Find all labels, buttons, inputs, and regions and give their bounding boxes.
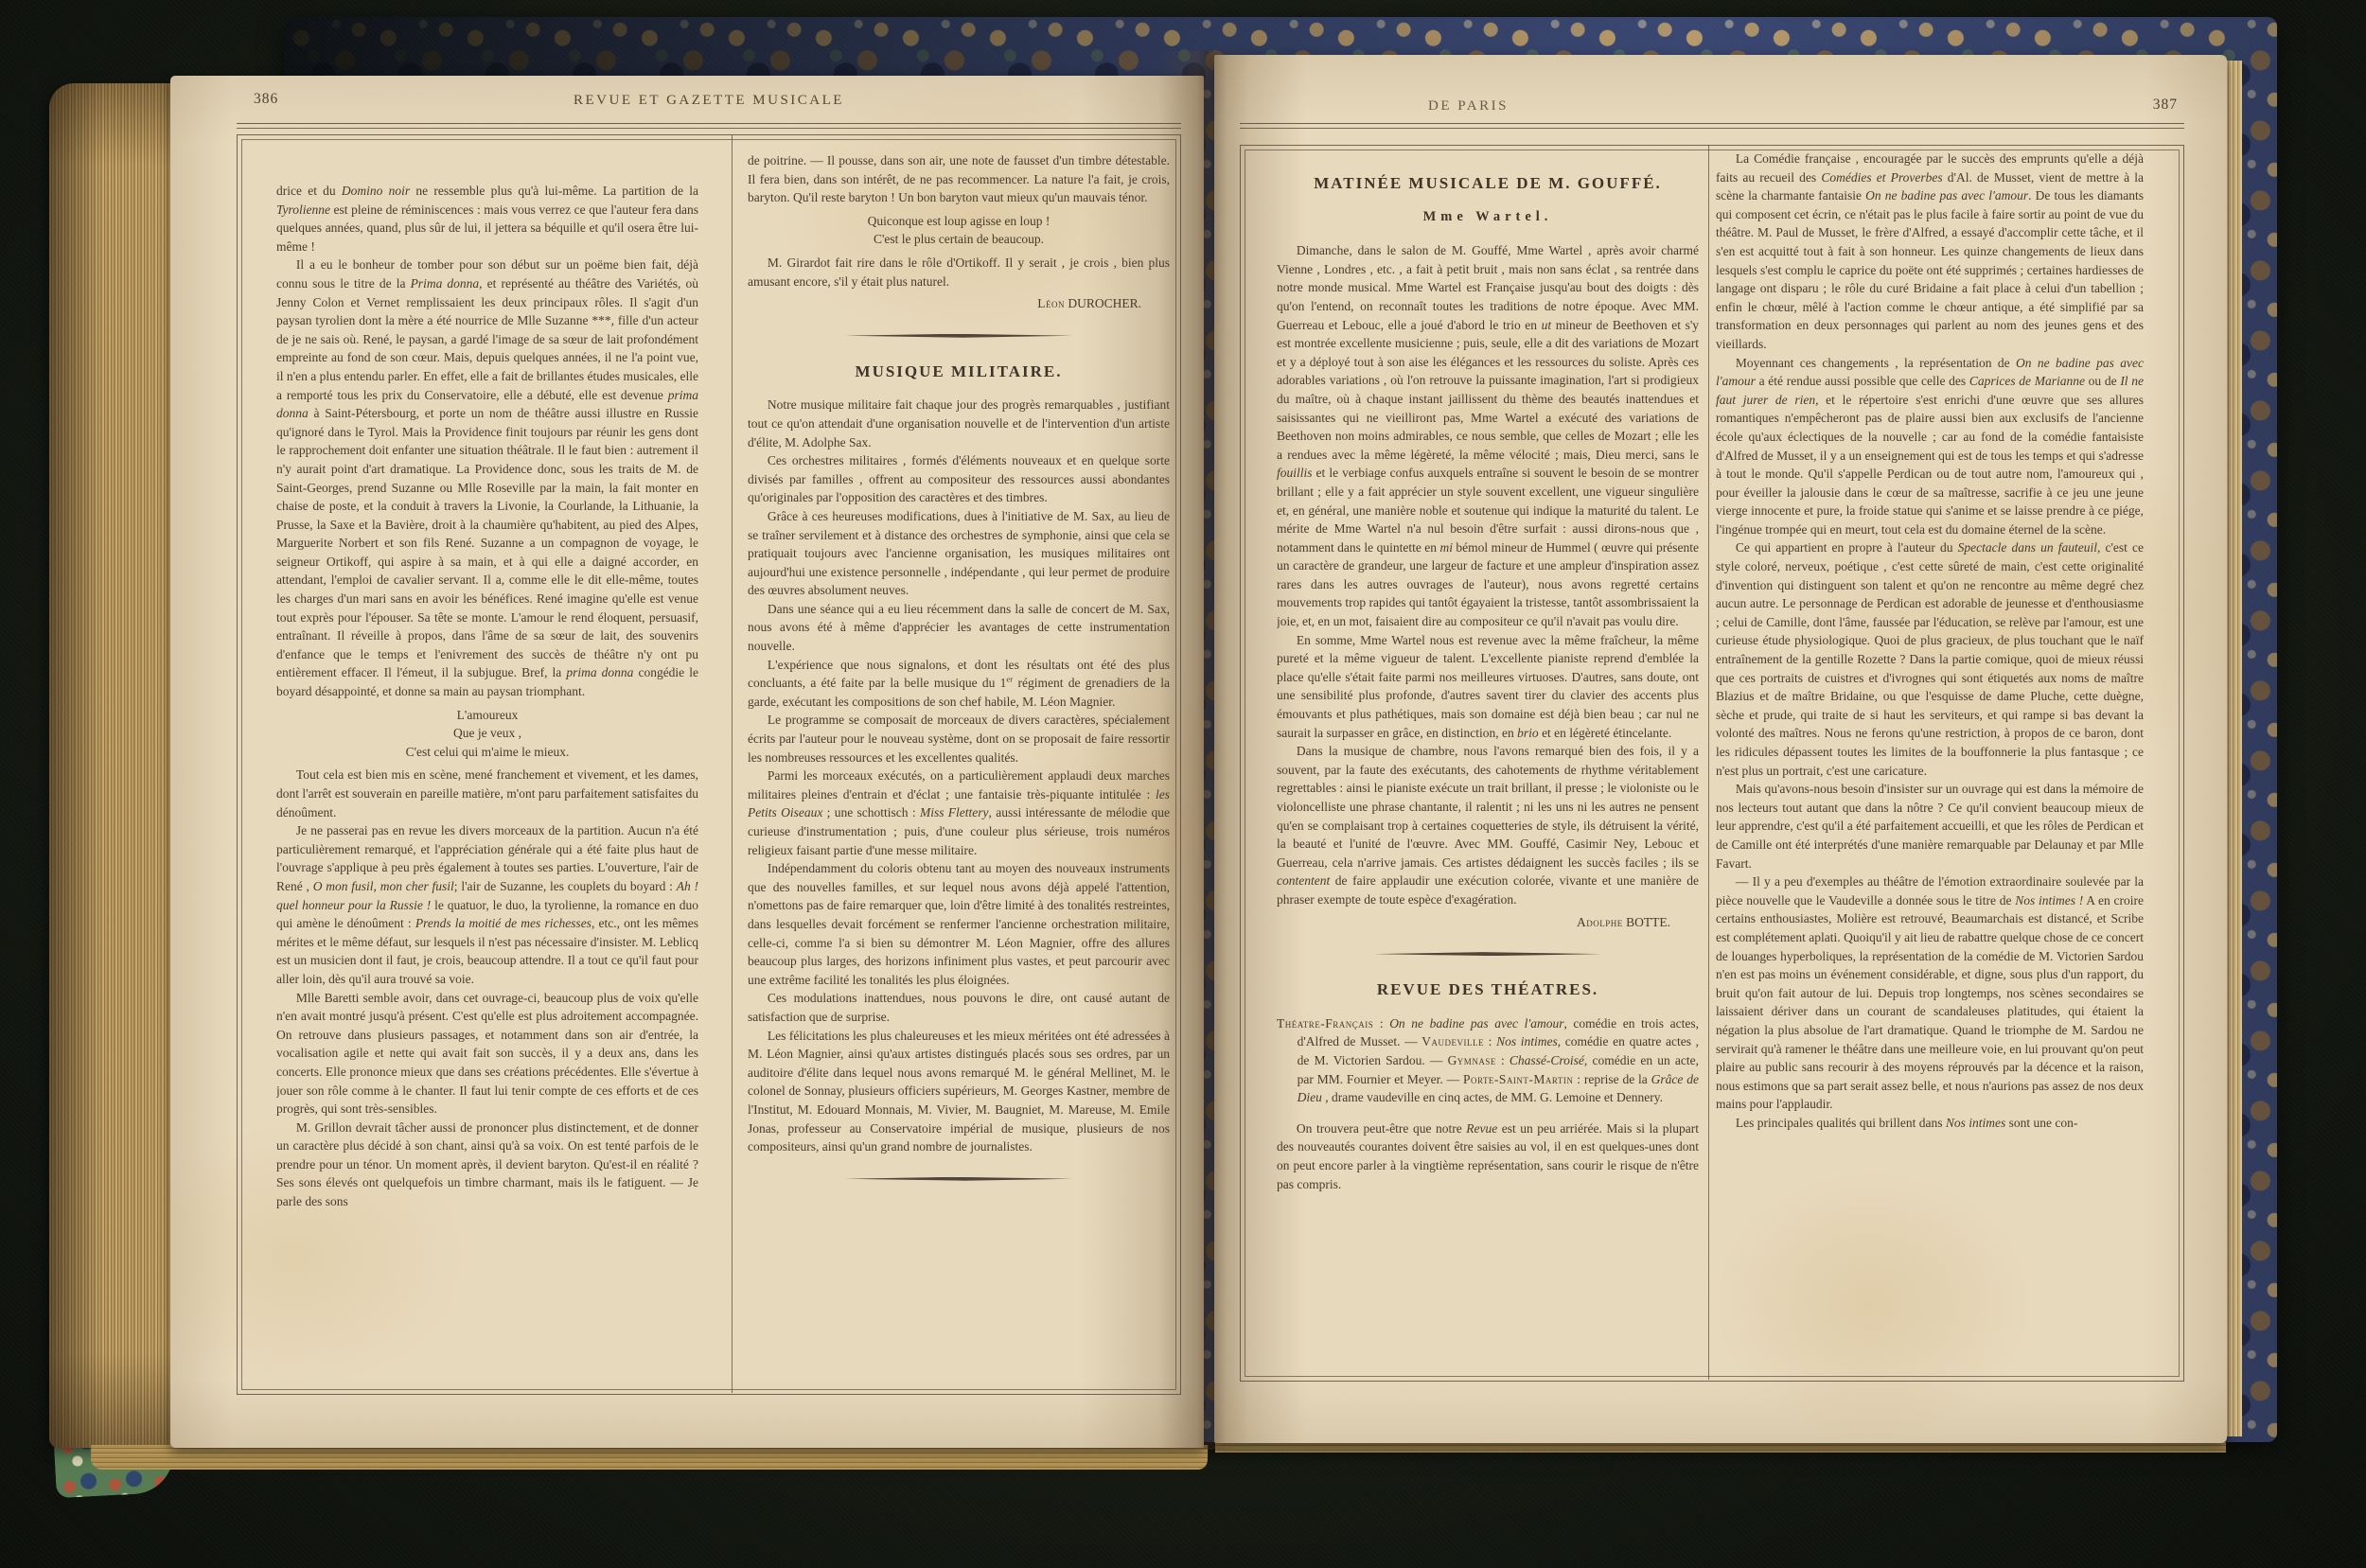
text-run: Ce qui appartient en propre à l'auteur d… (1736, 540, 1958, 555)
text-run: Comédies et Proverbes (1821, 170, 1942, 185)
text-run: Léon (1037, 296, 1065, 310)
right-page: DE PARIS 387 MATINÉE MUSICALE DE M. GOUF… (1214, 55, 2227, 1443)
divider-ornament (1374, 952, 1601, 956)
paragraph: Mais qu'avons-nous besoin d'insister sur… (1716, 780, 2144, 872)
text-run: Théatre-Français (1277, 1016, 1373, 1031)
text-run: ; l'air de Suzanne, les couplets du boya… (454, 879, 677, 893)
text-run: M. Grillon devrait tâcher aussi de prono… (276, 1120, 698, 1208)
text-run: O mon fusil, mon cher fusil (313, 879, 454, 893)
text-run: En somme, Mme Wartel nous est revenue av… (1277, 633, 1699, 740)
text-run: Les principales qualités qui brillent da… (1736, 1116, 1946, 1130)
text-run: Miss Flettery (920, 805, 989, 819)
text-run: ; une schottisch : (822, 805, 920, 819)
paragraph: Dans une séance qui a eu lieu récemment … (748, 600, 1170, 656)
text-column-left-1: drice et du Domino noir ne ressemble plu… (276, 182, 698, 1387)
verse: L'amoureuxQue je veux ,C'est celui qui m… (276, 706, 698, 762)
text-run: Spectacle dans un fauteuil (1958, 540, 2097, 555)
paragraph: Notre musique militaire fait chaque jour… (748, 396, 1170, 451)
text-run: Revue (1466, 1121, 1497, 1136)
section-heading: MATINÉE MUSICALE DE M. GOUFFÉ. (1277, 174, 1699, 193)
text-run: sont une con- (2005, 1116, 2077, 1130)
text-run: Nos intimes (1496, 1034, 1558, 1048)
signature: Léon DUROCHER. (748, 294, 1170, 313)
text-run: de poitrine. — Il pousse, dans son air, … (748, 153, 1170, 204)
photo-background: 386 REVUE ET GAZETTE MUSICALE drice et d… (0, 0, 2366, 1568)
text-run: Prima donna (411, 276, 480, 291)
paragraph: de poitrine. — Il pousse, dans son air, … (748, 151, 1170, 207)
text-run: On trouvera peut-être que notre (1297, 1121, 1466, 1136)
text-run: à Saint-Pétersbourg, et porte un nom de … (276, 406, 698, 679)
page-stack-bottom-edge (91, 1445, 1208, 1470)
text-run: ne ressemble plus qu'à lui-même. La part… (410, 184, 698, 198)
signature: Adolphe BOTTE. (1277, 913, 1699, 932)
running-title-right: DE PARIS (1240, 98, 1697, 115)
text-run: , et représenté au théâtre des Variétés,… (276, 276, 698, 402)
text-run: de faire applaudir une exécution colorée… (1277, 873, 1699, 907)
text-run: Indépendamment du coloris obtenu tant au… (748, 861, 1170, 987)
text-run: mi (1439, 540, 1453, 555)
text-run: On ne badine pas avec l'amour (1389, 1016, 1563, 1031)
paragraph: M. Girardot fait rire dans le rôle d'Ort… (748, 254, 1170, 291)
paragraph: Le programme se composait de morceaux de… (748, 711, 1170, 766)
verse-line: C'est le plus certain de beaucoup. (748, 230, 1170, 249)
text-run: , c'est ce style coloré, nerveux, poétiq… (1716, 540, 2144, 777)
page-stack-bottom-edge (1215, 1442, 2226, 1453)
text-run: contentent (1277, 873, 1330, 888)
text-run: brio (1517, 726, 1539, 740)
text-run: Ces orchestres militaires , formés d'élé… (748, 453, 1170, 504)
text-run: DUROCHER. (1065, 296, 1141, 310)
column-divider (1708, 145, 1709, 1380)
text-run: prima donna (566, 665, 633, 679)
text-run: : reprise de la (1573, 1072, 1651, 1086)
text-run: Tyrolienne (276, 203, 330, 217)
paragraph: En somme, Mme Wartel nous est revenue av… (1277, 631, 1699, 743)
paragraph: Grâce à ces heureuses modifications, due… (748, 507, 1170, 600)
verse: Quiconque est loup agisse en loup !C'est… (748, 212, 1170, 249)
paragraph: L'expérience que nous signalons, et dont… (748, 656, 1170, 712)
text-run: . De tous les diamants qui composent cet… (1716, 188, 2144, 351)
text-run: mineur de Beethoven et s'y est montrée e… (1277, 318, 1699, 462)
paragraph: On trouvera peut-être que notre Revue es… (1277, 1119, 1699, 1193)
paragraph: La Comédie française , encouragée par le… (1716, 150, 2144, 354)
page-stack-right-edge (2226, 61, 2242, 1436)
verse-line: L'amoureux (276, 706, 698, 725)
paragraph: Dans la musique de chambre, nous l'avons… (1277, 742, 1699, 908)
paragraph: Mlle Baretti semble avoir, dans cet ouvr… (276, 989, 698, 1119)
running-title-left: REVUE ET GAZETTE MUSICALE (237, 93, 1181, 109)
verse-line: Que je veux , (276, 724, 698, 743)
paragraph: — Il y a peu d'exemples au théâtre de l'… (1716, 872, 2144, 1114)
text-run: et en légèreté étincelante. (1539, 726, 1672, 740)
text-run: Mais qu'avons-nous besoin d'insister sur… (1716, 782, 2144, 870)
section-heading: MUSIQUE MILITAIRE. (748, 362, 1170, 381)
theatre-listing: Théatre-Français : On ne badine pas avec… (1277, 1014, 1699, 1107)
paragraph: M. Grillon devrait tâcher aussi de prono… (276, 1119, 698, 1211)
paragraph: Tout cela est bien mis en scène, mené fr… (276, 766, 698, 821)
left-page: 386 REVUE ET GAZETTE MUSICALE drice et d… (170, 76, 1204, 1448)
paragraph: Ces modulations inattendues, nous pouvon… (748, 989, 1170, 1026)
paragraph: Les principales qualités qui brillent da… (1716, 1114, 2144, 1133)
text-run: Prends la moitié de mes richesses (415, 916, 591, 930)
paragraph: Parmi les morceaux exécutés, on a partic… (748, 766, 1170, 859)
text-run: Nos intimes (1946, 1116, 2005, 1130)
text-run: Notre musique militaire fait chaque jour… (748, 397, 1170, 449)
page-number-right: 387 (2153, 97, 2178, 114)
text-run: Chassé-Croisé (1510, 1053, 1584, 1067)
verse-line: Quiconque est loup agisse en loup ! (748, 212, 1170, 231)
paragraph: Je ne passerai pas en revue les divers m… (276, 821, 698, 988)
text-run: Domino noir (342, 184, 410, 198)
text-run: a été rendue aussi possible que celle de… (1756, 374, 1969, 388)
text-run: Adolphe (1577, 915, 1623, 929)
paragraph: drice et du Domino noir ne ressemble plu… (276, 182, 698, 255)
sub-heading: Mme Wartel. (1277, 208, 1699, 227)
divider-ornament (845, 334, 1072, 338)
text-run: est pleine de réminiscences : mais vous … (276, 203, 698, 254)
text-run: BOTTE. (1623, 915, 1670, 929)
divider-ornament (845, 1177, 1072, 1181)
paragraph: Ce qui appartient en propre à l'auteur d… (1716, 538, 2144, 780)
text-run: A en croire certains enthousiastes, Moli… (1716, 893, 2144, 1112)
paragraph: Moyennant ces changements , la représent… (1716, 354, 2144, 539)
page-stack-fore-edge (49, 83, 176, 1448)
text-run: , et le répertoire s'est enrichi d'une œ… (1716, 393, 2144, 537)
text-run: Vaudeville (1421, 1034, 1484, 1048)
text-column-right-2: La Comédie française , encouragée par le… (1716, 150, 2144, 1376)
text-run: Tout cela est bien mis en scène, mené fr… (276, 767, 698, 819)
paragraph: Les félicitations les plus chaleureuses … (748, 1027, 1170, 1156)
text-run: ou de (2085, 374, 2120, 388)
text-run: Moyennant ces changements , la représent… (1736, 356, 2016, 370)
text-column-right-1: MATINÉE MUSICALE DE M. GOUFFÉ.Mme Wartel… (1277, 174, 1699, 1374)
paragraph: Indépendamment du coloris obtenu tant au… (748, 859, 1170, 989)
paragraph: Ces orchestres militaires , formés d'élé… (748, 451, 1170, 507)
text-run: Dans une séance qui a eu lieu récemment … (748, 602, 1170, 653)
text-run: : (1484, 1034, 1496, 1048)
text-run: : (1373, 1016, 1389, 1031)
header-rule (1240, 123, 2184, 129)
text-run: M. Girardot fait rire dans le rôle d'Ort… (748, 255, 1170, 289)
section-heading: REVUE DES THÉATRES. (1277, 980, 1699, 999)
verse-line: C'est celui qui m'aime le mieux. (276, 743, 698, 762)
text-run: ut (1542, 318, 1552, 332)
text-run: , drame vaudeville en cinq actes, de MM.… (1322, 1090, 1663, 1104)
text-run: Grâce à ces heureuses modifications, due… (748, 509, 1170, 597)
column-divider (732, 134, 733, 1393)
text-run: Parmi les morceaux exécutés, on a partic… (748, 768, 1170, 802)
text-run: Mlle Baretti semble avoir, dans cet ouvr… (276, 991, 698, 1117)
text-run: Le programme se composait de morceaux de… (748, 713, 1170, 764)
text-run: On ne badine pas avec l'amour (1865, 188, 2028, 203)
text-run: Nos intimes ! (2015, 893, 2083, 907)
text-column-left-2: de poitrine. — Il pousse, dans son air, … (748, 151, 1170, 1387)
text-run: Dans la musique de chambre, nous l'avons… (1277, 744, 1699, 870)
text-run: Gymnase (1448, 1053, 1496, 1067)
text-run: Caprices de Marianne (1969, 374, 2085, 388)
text-run: Les félicitations les plus chaleureuses … (748, 1029, 1170, 1154)
text-run: Porte-Saint-Martin (1463, 1072, 1573, 1086)
paragraph: Dimanche, dans le salon de M. Gouffé, Mm… (1277, 241, 1699, 630)
text-run: Ces modulations inattendues, nous pouvon… (748, 991, 1170, 1024)
text-run: drice et du (276, 184, 342, 198)
text-run: : (1496, 1053, 1510, 1067)
text-run: fouillis (1277, 466, 1313, 480)
header-rule (237, 123, 1181, 129)
paragraph: Il a eu le bonheur de tomber pour son dé… (276, 255, 698, 700)
